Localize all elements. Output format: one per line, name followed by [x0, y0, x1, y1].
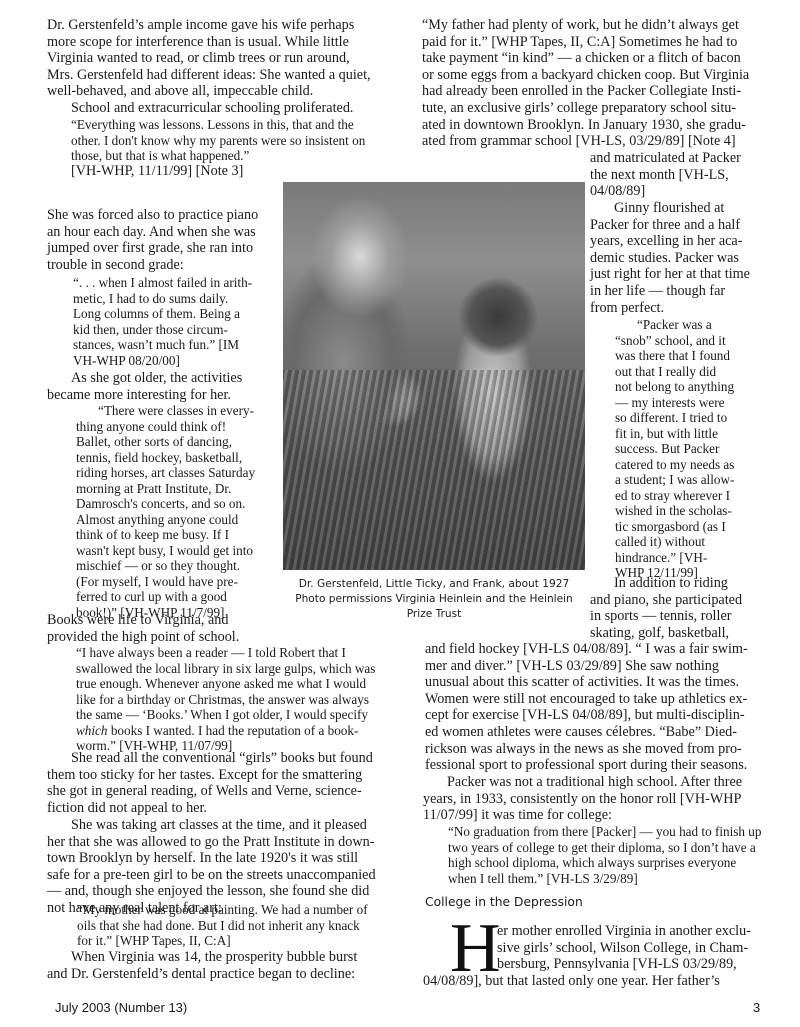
footer-issue: July 2003 (Number 13) [55, 1000, 187, 1015]
footer-page-number: 3 [753, 1000, 760, 1015]
left-paragraph-8: When Virginia was 14, the prosperity bub… [47, 949, 357, 982]
photo-grass-texture [283, 370, 585, 570]
left-paragraph-3: She was forced also to practice piano an… [47, 207, 258, 273]
right-paragraph-5: 04/08/89], but that lasted only one year… [423, 973, 720, 990]
blockquote-graduation: “No graduation from there [Packer] — you… [448, 824, 761, 886]
left-paragraph-1: Dr. Gerstenfeld’s ample income gave his … [47, 17, 371, 100]
right-paragraph-1-wrap: and matriculated at Packer the next mont… [590, 150, 741, 200]
left-paragraph-5: Books were life to Virginia, and provide… [47, 612, 239, 645]
right-paragraph-4: Packer was not a traditional high school… [423, 774, 742, 824]
blockquote-painting: “My mother was good at painting. We had … [77, 902, 368, 949]
section-heading-college: College in the Depression [425, 895, 583, 909]
drop-cap-letter: H [450, 922, 501, 976]
family-photograph [283, 182, 585, 570]
right-paragraph-1: “My father had plenty of work, but he di… [422, 17, 749, 150]
left-paragraph-2: School and extracurricular schooling pro… [71, 100, 353, 117]
left-paragraph-6: She read all the conventional “girls” bo… [47, 750, 373, 816]
photo-caption: Dr. Gerstenfeld, Little Ticky, and Frank… [283, 577, 585, 622]
right-paragraph-2: Ginny flourished at Packer for three and… [590, 200, 750, 316]
right-paragraph-3-wrap: In addition to riding and piano, she par… [590, 575, 742, 641]
right-paragraph-5-wrap: er mother enrolled Virginia in another e… [497, 923, 751, 973]
blockquote-packer-snob: “Packer was a “snob” school, and it was … [615, 317, 734, 581]
right-paragraph-3: and field hockey [VH-LS 04/08/89]. “ I w… [425, 641, 748, 774]
italic-which-line: which books I wanted. I had the reputati… [76, 723, 375, 739]
blockquote-arithmetic: “. . . when I almost failed in arith- me… [73, 275, 252, 368]
blockquote-classes: “There were classes in every- thing anyo… [76, 403, 255, 620]
blockquote-reader: “I have always been a reader — I told Ro… [76, 645, 375, 754]
left-paragraph-4: As she got older, the activities became … [47, 370, 242, 403]
blockquote-lessons: “Everything was lessons. Lessons in this… [71, 117, 365, 180]
